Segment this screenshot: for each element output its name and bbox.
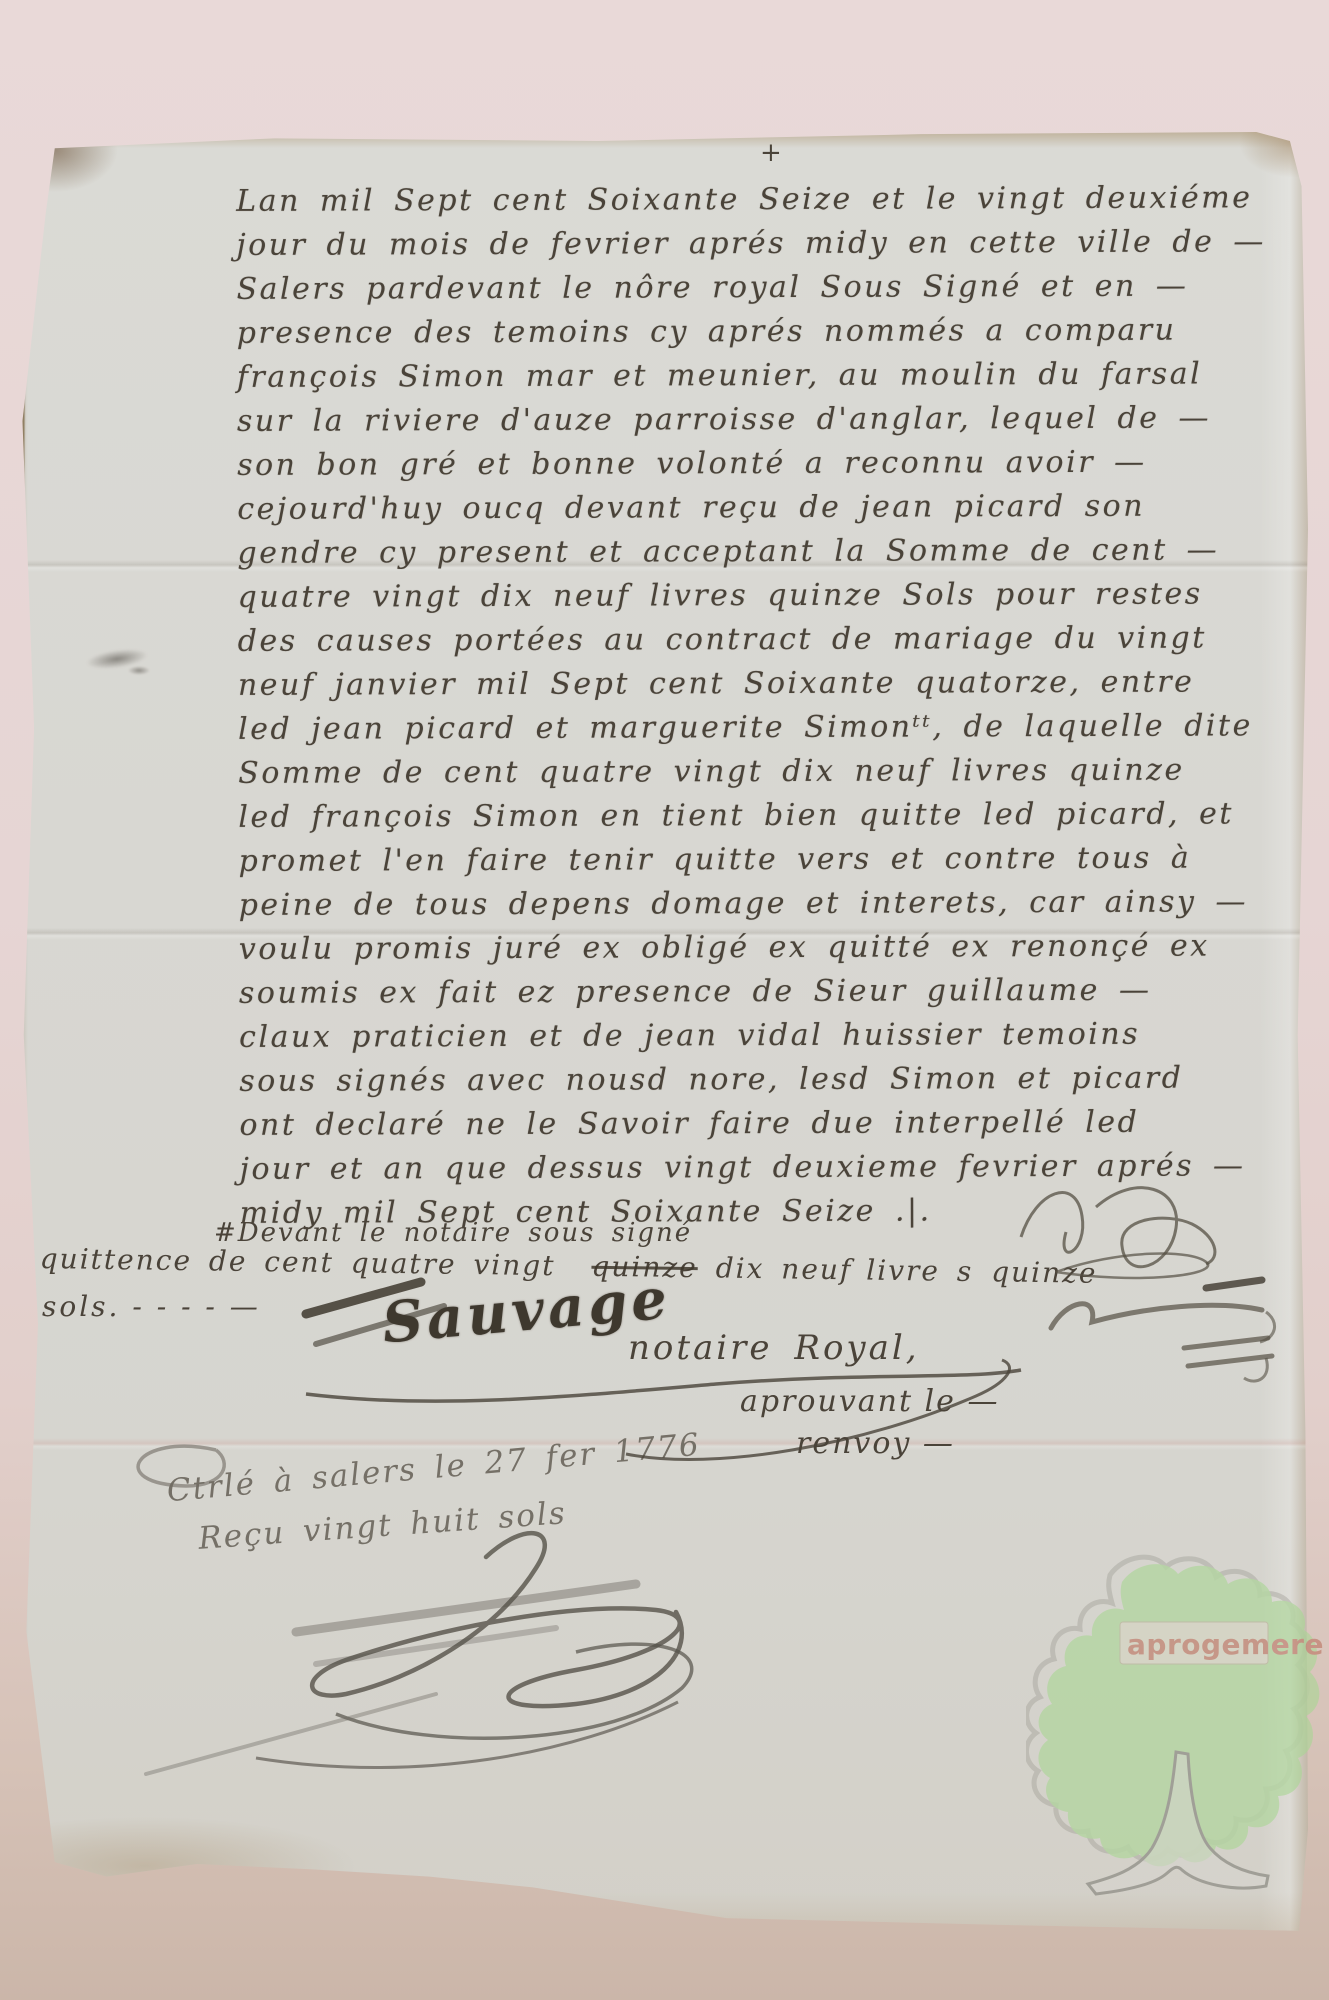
notary-title: notaire Royal, <box>628 1328 920 1368</box>
manuscript-line: soumis ex fait ez presence de Sieur guil… <box>239 968 1308 1016</box>
manuscript-line: cejourd'huy oucq devant reçu de jean pic… <box>237 484 1308 532</box>
manuscript-line: Somme de cent quatre vingt dix neuf livr… <box>238 748 1308 796</box>
registration-signature-flourish <box>312 1533 682 1706</box>
pencil-stroke <box>146 1694 436 1774</box>
photograph-of-manuscript: { "page": { "background_color": "#e6d5d4… <box>0 0 1329 2000</box>
registration-signature-loop <box>336 1644 692 1738</box>
renvoi-insertion-line: #Devant le notaire sous signé <box>214 1218 692 1248</box>
pencil-stroke <box>296 1584 636 1632</box>
ink-smudge <box>128 666 150 675</box>
document-page: + Lan mil Sept cent Soixante Seize et le… <box>16 132 1308 1938</box>
manuscript-body-text: Lan mil Sept cent Soixante Seize et le v… <box>236 176 1308 1236</box>
margin-note-text: livre s <box>866 1254 973 1288</box>
approval-note-line1: aprouvant le — <box>740 1384 999 1419</box>
manuscript-line: ont declaré ne le Savoir faire due inter… <box>239 1100 1308 1148</box>
insertion-cross-mark: + <box>760 138 782 168</box>
margin-note-sols-line: sols. - - - - — <box>42 1290 261 1323</box>
margin-note-text: dix neuf <box>716 1251 853 1286</box>
margin-addition-note: quittence de cent quatre vingtquinzedix … <box>40 1242 1308 1293</box>
pencil-stroke <box>316 1628 556 1664</box>
manuscript-line: Salers pardevant le nôre royal Sous Sign… <box>236 264 1308 312</box>
manuscript-line: sous signés avec nousd nore, lesd Simon … <box>239 1056 1308 1104</box>
margin-note-text: quittence de cent quatre vingt <box>40 1242 556 1282</box>
manuscript-line: des causes portées au contract de mariag… <box>238 616 1308 664</box>
paraph-double-dash <box>1184 1338 1272 1366</box>
manuscript-line: jour du mois de fevrier aprés midy en ce… <box>236 220 1308 268</box>
witness-paraph <box>1260 1312 1275 1342</box>
manuscript-line: son bon gré et bonne volonté a reconnu a… <box>237 440 1308 488</box>
manuscript-line: neuf janvier mil Sept cent Soixante quat… <box>238 660 1308 708</box>
paraph-hook <box>1244 1358 1267 1381</box>
manuscript-line: claux praticien et de jean vidal huissie… <box>239 1012 1308 1060</box>
registration-note-line1: Ctrlé à salers le 27 fer 1776 <box>165 1427 702 1510</box>
manuscript-line: led jean picard et marguerite Simonᵗᵗ, d… <box>238 704 1308 752</box>
registration-note-line2: Reçu vingt huit sols <box>197 1495 568 1557</box>
manuscript-line: presence des temoins cy aprés nommés a c… <box>237 308 1308 356</box>
registration-underline <box>256 1702 678 1768</box>
manuscript-line: promet l'en faire tenir quitte vers et c… <box>238 836 1308 884</box>
witness-paraph <box>1051 1304 1262 1328</box>
manuscript-line: led françois Simon en tient bien quitte … <box>238 792 1308 840</box>
manuscript-line: voulu promis juré ex obligé ex quitté ex… <box>239 924 1308 972</box>
paper-left-edge-stain <box>16 202 26 1842</box>
manuscript-line: françois Simon mar et meunier, au moulin… <box>237 352 1308 400</box>
manuscript-line: sur la riviere d'auze parroisse d'anglar… <box>237 396 1308 444</box>
margin-note-text: quinze <box>991 1255 1098 1289</box>
approval-note-line2: renvoy — <box>796 1426 955 1461</box>
manuscript-line: jour et an que dessus vingt deuxieme fev… <box>240 1144 1308 1192</box>
manuscript-line: Lan mil Sept cent Soixante Seize et le v… <box>236 176 1308 224</box>
manuscript-line: quatre vingt dix neuf livres quinze Sols… <box>238 572 1308 620</box>
manuscript-line: gendre cy present et acceptant la Somme … <box>237 528 1308 576</box>
manuscript-line: peine de tous depens domage et interets,… <box>239 880 1308 928</box>
